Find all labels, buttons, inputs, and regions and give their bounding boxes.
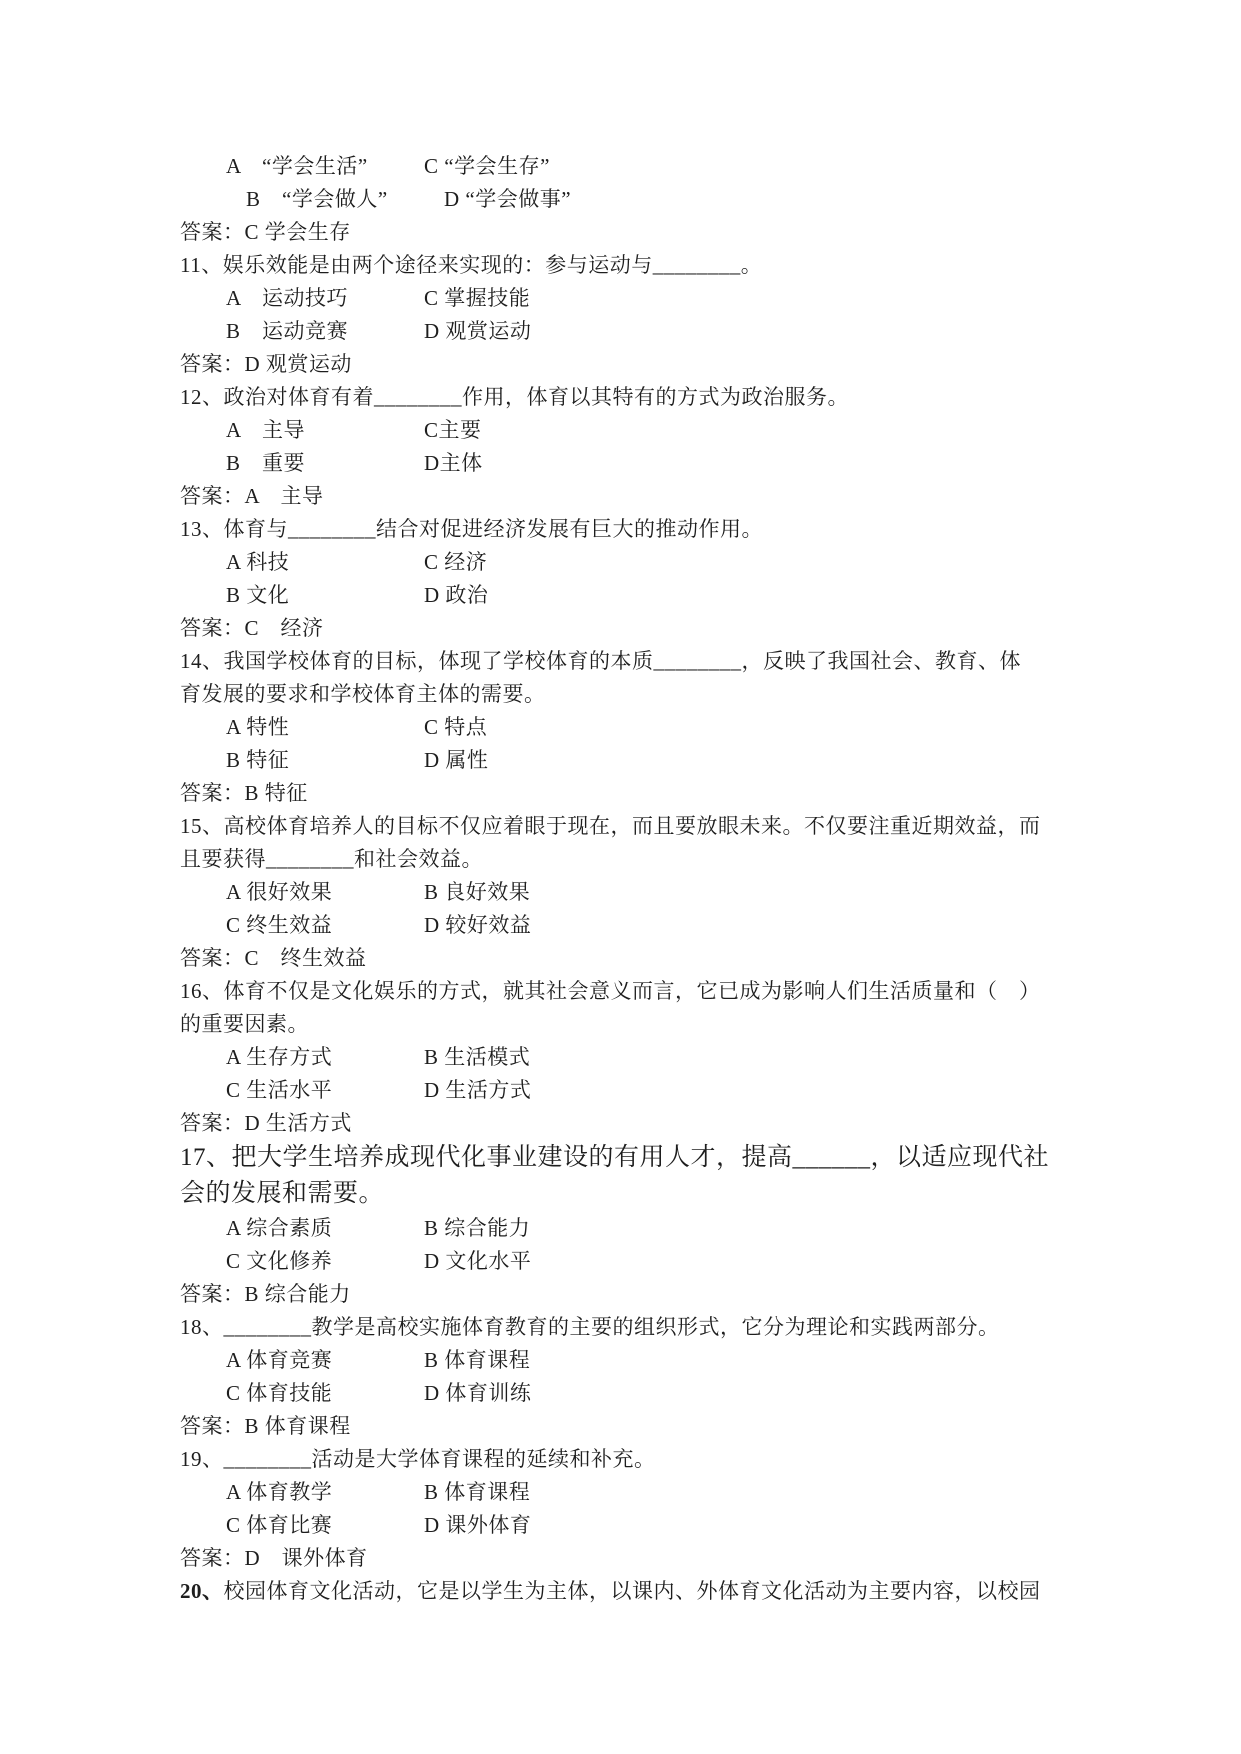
option-row: B 运动竞赛D 观赏运动 [180, 315, 1111, 348]
question-line: 的重要因素。 [180, 1008, 1111, 1041]
option-row: C 文化修养D 文化水平 [180, 1245, 1111, 1278]
option-row: A 生存方式B 生活模式 [180, 1041, 1111, 1074]
question-line: 13、体育与________结合对促进经济发展有巨大的推动作用。 [180, 513, 1111, 546]
answer-line: 答案：A 主导 [180, 480, 1111, 513]
option-text: B 综合能力 [424, 1216, 530, 1240]
option-text: D 体育训练 [424, 1381, 531, 1405]
option-text: B 良好效果 [424, 880, 530, 904]
answer-line: 答案：B 特征 [180, 777, 1111, 810]
option-row: B 重要D主体 [180, 447, 1111, 480]
option-text: B 体育课程 [424, 1348, 530, 1372]
option-text: D “学会做事” [444, 187, 571, 211]
option-text: B 体育课程 [424, 1480, 530, 1504]
document-lines: A “学会生活”C “学会生存”B “学会做人”D “学会做事”答案：C 学会生… [180, 150, 1111, 1608]
answer-line: 答案：D 观赏运动 [180, 348, 1111, 381]
option-text: C 经济 [424, 550, 487, 574]
question-line: 18、________教学是高校实施体育教育的主要的组织形式，它分为理论和实践两… [180, 1311, 1111, 1344]
question-line: 20、校园体育文化活动，它是以学生为主体，以课内、外体育文化活动为主要内容，以校… [180, 1575, 1111, 1608]
option-text: D 课外体育 [424, 1513, 531, 1537]
document-page: A “学会生活”C “学会生存”B “学会做人”D “学会做事”答案：C 学会生… [0, 0, 1241, 1754]
option-text: D 文化水平 [424, 1249, 531, 1273]
option-row: A 综合素质B 综合能力 [180, 1212, 1111, 1245]
answer-line: 答案：D 课外体育 [180, 1542, 1111, 1575]
option-text: A 特性 [226, 711, 424, 744]
question-line: 11、娱乐效能是由两个途径来实现的：参与运动与________。 [180, 249, 1111, 282]
option-text: C 掌握技能 [424, 286, 530, 310]
option-text: C 体育比赛 [226, 1509, 424, 1542]
option-row: B “学会做人”D “学会做事” [180, 183, 1111, 216]
option-text: C 特点 [424, 715, 487, 739]
question-line: 会的发展和需要。 [180, 1176, 1111, 1212]
option-row: A 运动技巧C 掌握技能 [180, 282, 1111, 315]
question-text: 校园体育文化活动，它是以学生为主体，以课内、外体育文化活动为主要内容，以校园 [224, 1579, 1041, 1603]
question-number: 20、 [180, 1579, 224, 1603]
option-row: A “学会生活”C “学会生存” [180, 150, 1111, 183]
option-row: C 终生效益D 较好效益 [180, 909, 1111, 942]
option-row: C 体育技能D 体育训练 [180, 1377, 1111, 1410]
option-text: C 终生效益 [226, 909, 424, 942]
answer-line: 答案：D 生活方式 [180, 1107, 1111, 1140]
option-text: A 综合素质 [226, 1212, 424, 1245]
question-line: 16、体育不仅是文化娱乐的方式，就其社会意义而言，它已成为影响人们生活质量和（ … [180, 975, 1111, 1008]
option-row: A 科技C 经济 [180, 546, 1111, 579]
option-row: A 体育教学B 体育课程 [180, 1476, 1111, 1509]
answer-line: 答案：B 体育课程 [180, 1410, 1111, 1443]
option-text: B 文化 [226, 579, 424, 612]
option-text: A 很好效果 [226, 876, 424, 909]
option-text: A 科技 [226, 546, 424, 579]
option-text: A 主导 [226, 414, 424, 447]
answer-line: 答案：B 综合能力 [180, 1278, 1111, 1311]
option-text: D 政治 [424, 583, 488, 607]
option-text: D 观赏运动 [424, 319, 531, 343]
answer-line: 答案：C 终生效益 [180, 942, 1111, 975]
option-text: A “学会生活” [226, 150, 424, 183]
option-row: B 特征D 属性 [180, 744, 1111, 777]
option-text: A 生存方式 [226, 1041, 424, 1074]
question-line: 且要获得________和社会效益。 [180, 843, 1111, 876]
option-text: A 运动技巧 [226, 282, 424, 315]
option-text: C 体育技能 [226, 1377, 424, 1410]
option-text: A 体育教学 [226, 1476, 424, 1509]
option-text: B “学会做人” [246, 183, 444, 216]
option-row: B 文化D 政治 [180, 579, 1111, 612]
question-line: 12、政治对体育有着________作用，体育以其特有的方式为政治服务。 [180, 381, 1111, 414]
option-text: C主要 [424, 418, 482, 442]
option-text: B 运动竞赛 [226, 315, 424, 348]
option-text: A 体育竞赛 [226, 1344, 424, 1377]
option-text: B 重要 [226, 447, 424, 480]
answer-line: 答案：C 经济 [180, 612, 1111, 645]
answer-line: 答案：C 学会生存 [180, 216, 1111, 249]
option-text: D 较好效益 [424, 913, 531, 937]
option-text: D 属性 [424, 748, 488, 772]
option-text: D 生活方式 [424, 1078, 531, 1102]
option-row: C 生活水平D 生活方式 [180, 1074, 1111, 1107]
question-line: 14、我国学校体育的目标，体现了学校体育的本质________，反映了我国社会、… [180, 645, 1111, 678]
question-line: 15、高校体育培养人的目标不仅应着眼于现在，而且要放眼未来。不仅要注重近期效益，… [180, 810, 1111, 843]
option-text: B 特征 [226, 744, 424, 777]
option-text: B 生活模式 [424, 1045, 530, 1069]
option-row: A 特性C 特点 [180, 711, 1111, 744]
option-text: C “学会生存” [424, 154, 550, 178]
question-line: 17、把大学生培养成现代化事业建设的有用人才，提高______，以适应现代社 [180, 1140, 1111, 1176]
option-text: C 文化修养 [226, 1245, 424, 1278]
option-text: D主体 [424, 451, 483, 475]
question-line: 19、________活动是大学体育课程的延续和补充。 [180, 1443, 1111, 1476]
option-row: A 体育竞赛B 体育课程 [180, 1344, 1111, 1377]
option-row: A 主导C主要 [180, 414, 1111, 447]
option-row: A 很好效果B 良好效果 [180, 876, 1111, 909]
question-line: 育发展的要求和学校体育主体的需要。 [180, 678, 1111, 711]
option-row: C 体育比赛D 课外体育 [180, 1509, 1111, 1542]
option-text: C 生活水平 [226, 1074, 424, 1107]
